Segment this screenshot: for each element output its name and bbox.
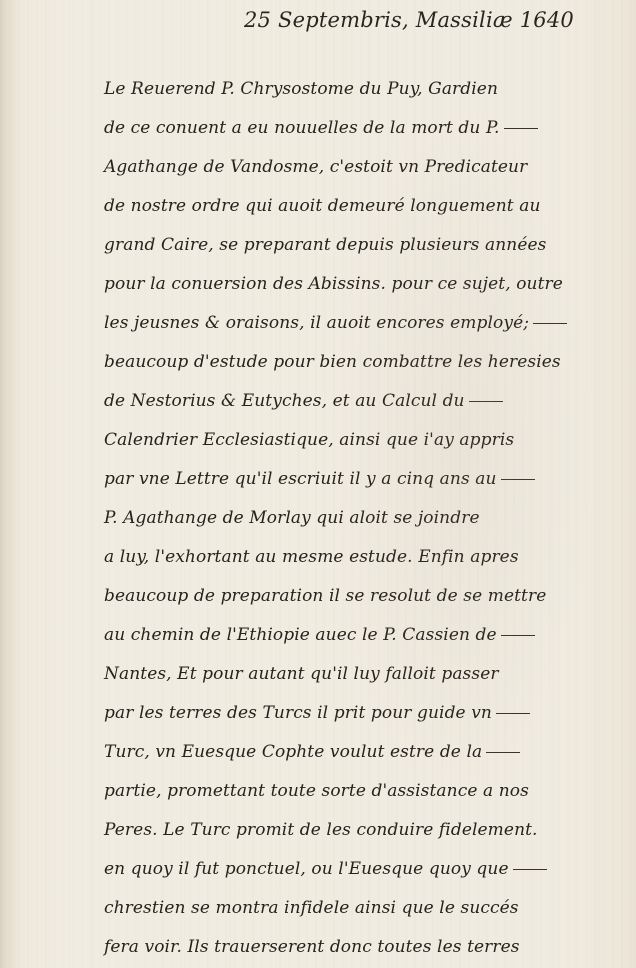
line-text: de ce conuent a eu nouuelles de la mort … xyxy=(104,118,500,138)
manuscript-line: Nantes, Et pour autant qu'il luy falloit… xyxy=(104,655,574,694)
line-text: a luy, l'exhortant au mesme estude. Enfi… xyxy=(104,547,519,567)
dateline: 25 Septembris, Massiliæ 1640 xyxy=(244,8,574,32)
manuscript-line: de nostre ordre qui auoit demeuré longue… xyxy=(104,187,574,226)
manuscript-line: de Nestorius & Eutyches, et au Calcul du xyxy=(104,382,574,421)
line-filler-dash xyxy=(501,635,535,636)
manuscript-line: les jeusnes & oraisons, il auoit encores… xyxy=(104,304,574,343)
manuscript-line: par vne Lettre qu'il escriuit il y a cin… xyxy=(104,460,574,499)
manuscript-line: pour la conuersion des Abissins. pour ce… xyxy=(104,265,574,304)
manuscript-line: beaucoup d'estude pour bien combattre le… xyxy=(104,343,574,382)
manuscript-line: a luy, l'exhortant au mesme estude. Enfi… xyxy=(104,538,574,577)
manuscript-line: Le Reuerend P. Chrysostome du Puy, Gardi… xyxy=(104,70,574,109)
manuscript-line: en quoy il fut ponctuel, ou l'Euesque qu… xyxy=(104,850,574,889)
line-text: grand Caire, se preparant depuis plusieu… xyxy=(104,235,546,255)
manuscript-line: Turc, vn Euesque Cophte voulut estre de … xyxy=(104,733,574,772)
manuscript-line: Agathange de Vandosme, c'estoit vn Predi… xyxy=(104,148,574,187)
line-text: de nostre ordre qui auoit demeuré longue… xyxy=(104,196,541,216)
line-filler-dash xyxy=(501,479,535,480)
manuscript-line: par les terres des Turcs il prit pour gu… xyxy=(104,694,574,733)
manuscript-line: beaucoup de preparation il se resolut de… xyxy=(104,577,574,616)
line-text: Calendrier Ecclesiastique, ainsi que i'a… xyxy=(104,430,514,450)
line-text: partie, promettant toute sorte d'assista… xyxy=(104,781,529,801)
line-text: de Nestorius & Eutyches, et au Calcul du xyxy=(104,391,465,411)
line-filler-dash xyxy=(469,401,503,402)
line-text: P. Agathange de Morlay qui aloit se join… xyxy=(104,508,480,528)
line-text: Peres. Le Turc promit de les conduire fi… xyxy=(104,820,538,840)
line-text: par les terres des Turcs il prit pour gu… xyxy=(104,703,492,723)
manuscript-line: partie, promettant toute sorte d'assista… xyxy=(104,772,574,811)
line-text: beaucoup de preparation il se resolut de… xyxy=(104,586,546,606)
line-text: Agathange de Vandosme, c'estoit vn Predi… xyxy=(104,157,527,177)
line-text: Le Reuerend P. Chrysostome du Puy, Gardi… xyxy=(104,79,498,99)
manuscript-body: Le Reuerend P. Chrysostome du Puy, Gardi… xyxy=(104,70,574,967)
line-text: chrestien se montra infidele ainsi que l… xyxy=(104,898,519,918)
line-text: par vne Lettre qu'il escriuit il y a cin… xyxy=(104,469,497,489)
manuscript-line: Calendrier Ecclesiastique, ainsi que i'a… xyxy=(104,421,574,460)
manuscript-line: Peres. Le Turc promit de les conduire fi… xyxy=(104,811,574,850)
line-filler-dash xyxy=(513,869,547,870)
line-text: pour la conuersion des Abissins. pour ce… xyxy=(104,274,563,294)
manuscript-line: de ce conuent a eu nouuelles de la mort … xyxy=(104,109,574,148)
manuscript-line: P. Agathange de Morlay qui aloit se join… xyxy=(104,499,574,538)
line-text: au chemin de l'Ethiopie auec le P. Cassi… xyxy=(104,625,497,645)
line-text: en quoy il fut ponctuel, ou l'Euesque qu… xyxy=(104,859,509,879)
line-text: fera voir. Ils trauerserent donc toutes … xyxy=(104,937,520,957)
line-text: Turc, vn Euesque Cophte voulut estre de … xyxy=(104,742,482,762)
line-filler-dash xyxy=(504,128,538,129)
line-text: les jeusnes & oraisons, il auoit encores… xyxy=(104,313,529,333)
line-filler-dash xyxy=(496,713,530,714)
line-filler-dash xyxy=(486,752,520,753)
manuscript-line: au chemin de l'Ethiopie auec le P. Cassi… xyxy=(104,616,574,655)
manuscript-page: 25 Septembris, Massiliæ 1640 Le Reuerend… xyxy=(0,0,636,968)
manuscript-line: chrestien se montra infidele ainsi que l… xyxy=(104,889,574,928)
line-text: beaucoup d'estude pour bien combattre le… xyxy=(104,352,561,372)
manuscript-line: fera voir. Ils trauerserent donc toutes … xyxy=(104,928,574,967)
line-filler-dash xyxy=(533,323,567,324)
manuscript-line: grand Caire, se preparant depuis plusieu… xyxy=(104,226,574,265)
line-text: Nantes, Et pour autant qu'il luy falloit… xyxy=(104,664,499,684)
